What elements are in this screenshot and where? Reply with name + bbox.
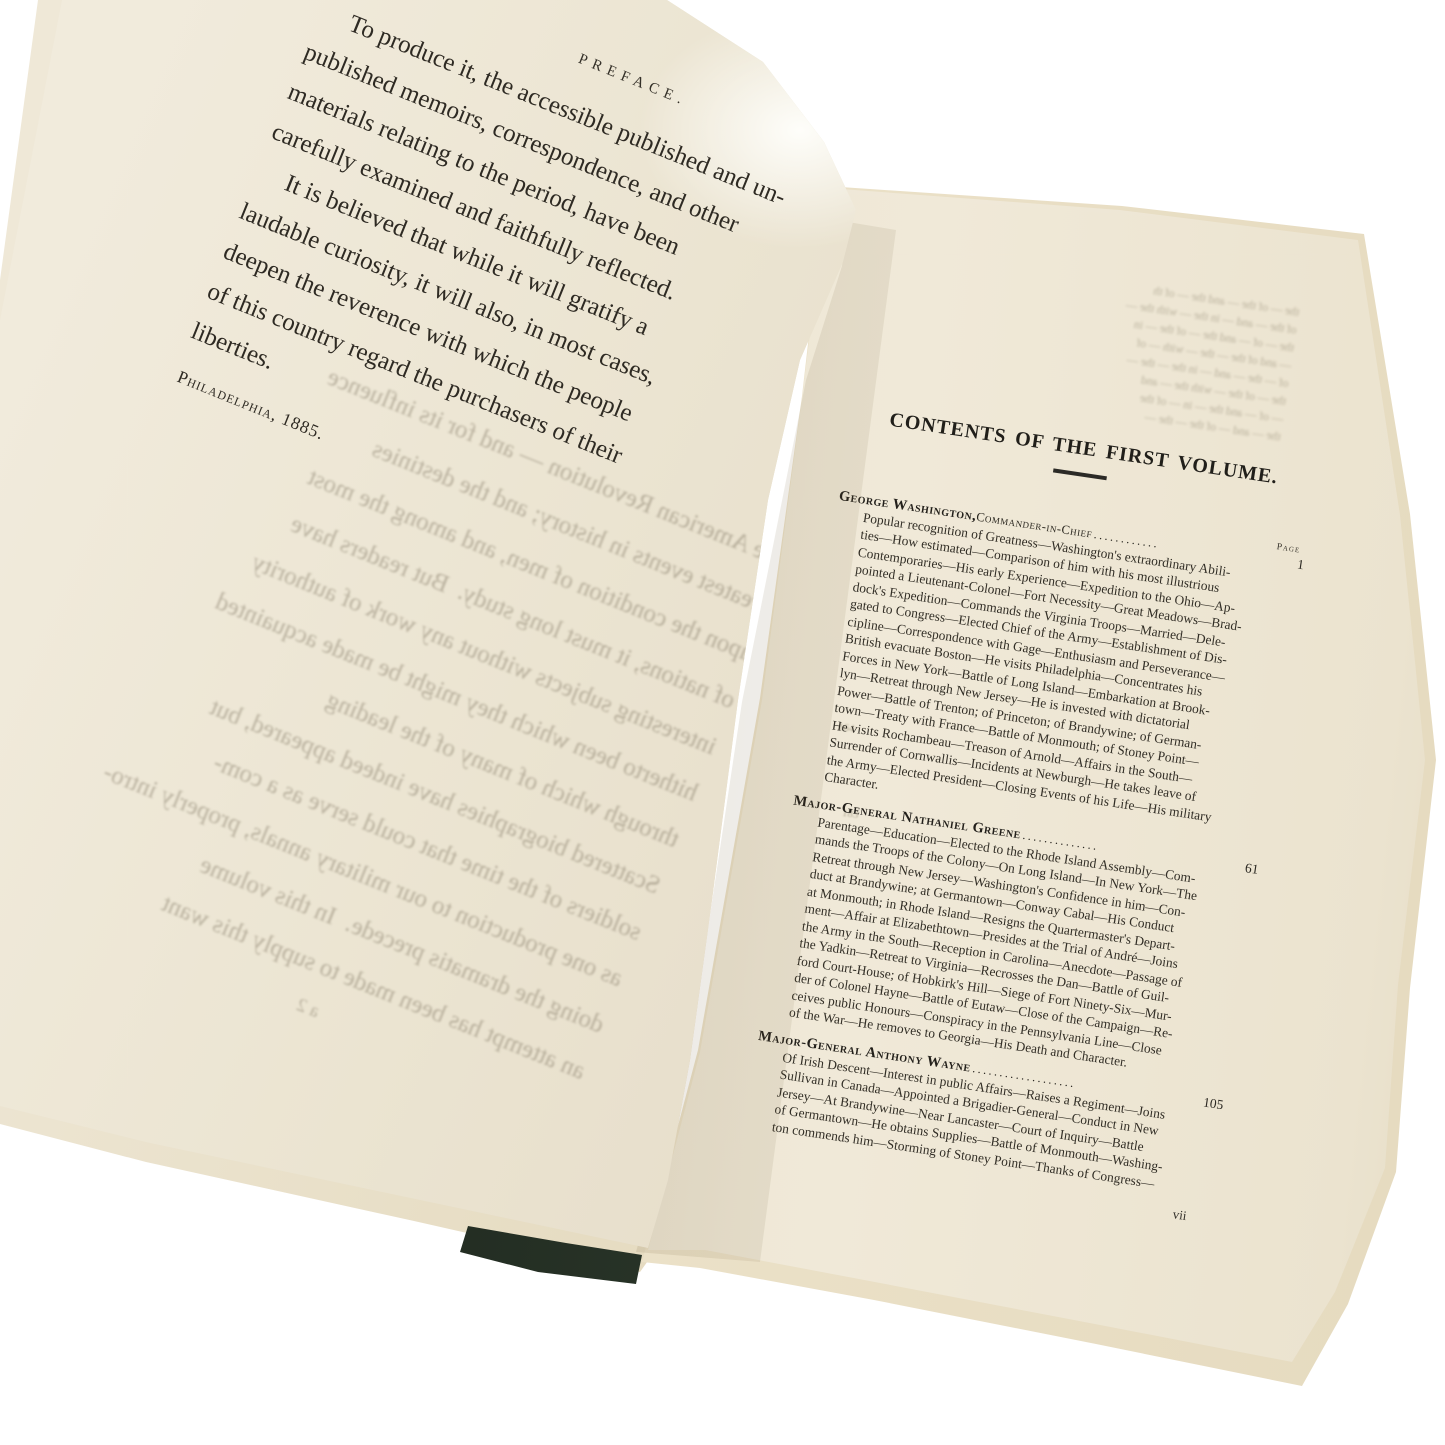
book-photo: the — of the — and the — of thof the — a… bbox=[0, 0, 1445, 1445]
bleed-page-number: 134 bbox=[0, 0, 17, 13]
title-rule bbox=[1053, 468, 1107, 479]
